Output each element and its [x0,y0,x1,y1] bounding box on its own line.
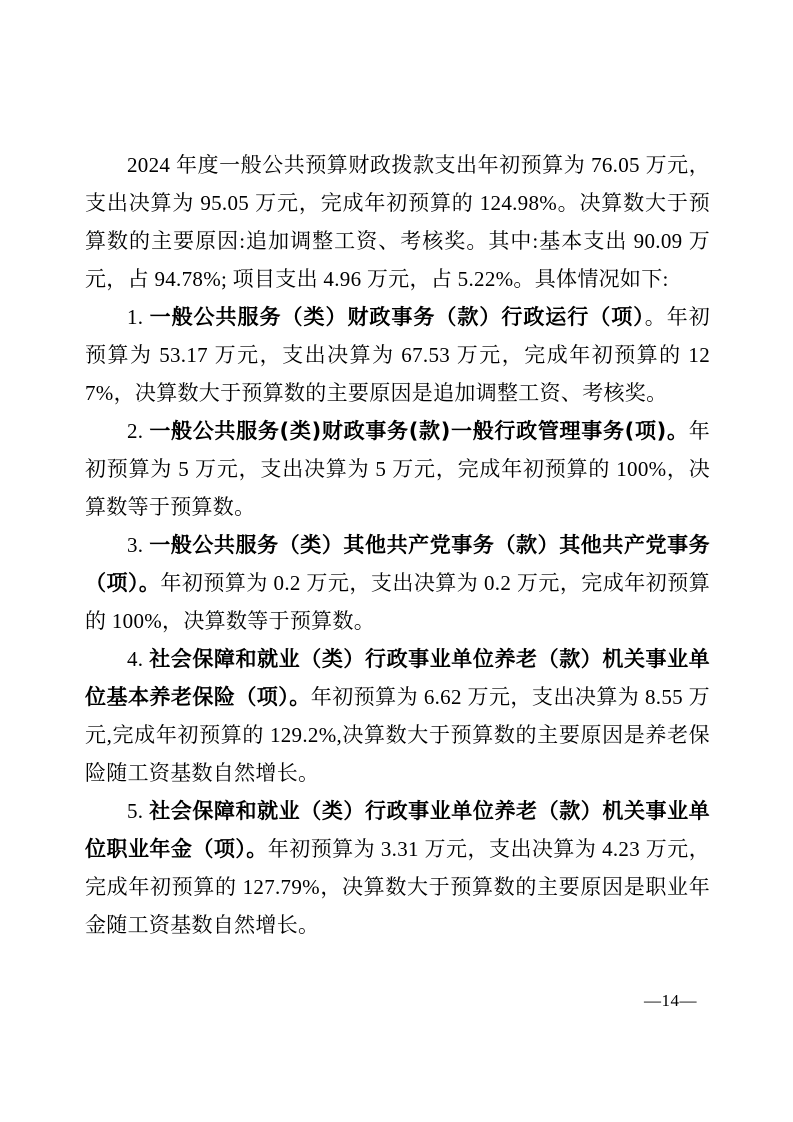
item-title: 一般公共服务(类)财政事务(款)一般行政管理事务(项)。 [149,419,688,443]
intro-paragraph: 2024 年度一般公共预算财政拨款支出年初预算为 76.05 万元，支出决算为 … [85,146,710,298]
intro-text: 2024 年度一般公共预算财政拨款支出年初预算为 76.05 万元，支出决算为 … [85,153,710,291]
item-number: 4. [127,647,149,671]
budget-item-3: 3. 一般公共服务（类）其他共产党事务（款）其他共产党事务（项）。年初预算为 0… [85,526,710,640]
budget-item-4: 4. 社会保障和就业（类）行政事业单位养老（款）机关事业单位基本养老保险（项）。… [85,640,710,792]
page-number: —14— [644,991,697,1011]
item-number: 5. [127,799,149,823]
budget-item-5: 5. 社会保障和就业（类）行政事业单位养老（款）机关事业单位职业年金（项）。年初… [85,792,710,944]
document-page: 2024 年度一般公共预算财政拨款支出年初预算为 76.05 万元，支出决算为 … [0,0,793,1122]
budget-item-2: 2. 一般公共服务(类)财政事务(款)一般行政管理事务(项)。年初预算为 5 万… [85,412,710,526]
item-number: 3. [127,533,149,557]
item-number: 2. [127,419,149,443]
item-body: 年初预算为 0.2 万元，支出决算为 0.2 万元，完成年初预算的 100%，决… [85,571,710,633]
item-title: 一般公共服务（类）财政事务（款）行政运行（项） [150,305,645,329]
item-number: 1. [127,305,150,329]
budget-item-1: 1. 一般公共服务（类）财政事务（款）行政运行（项）。年初预算为 53.17 万… [85,298,710,412]
